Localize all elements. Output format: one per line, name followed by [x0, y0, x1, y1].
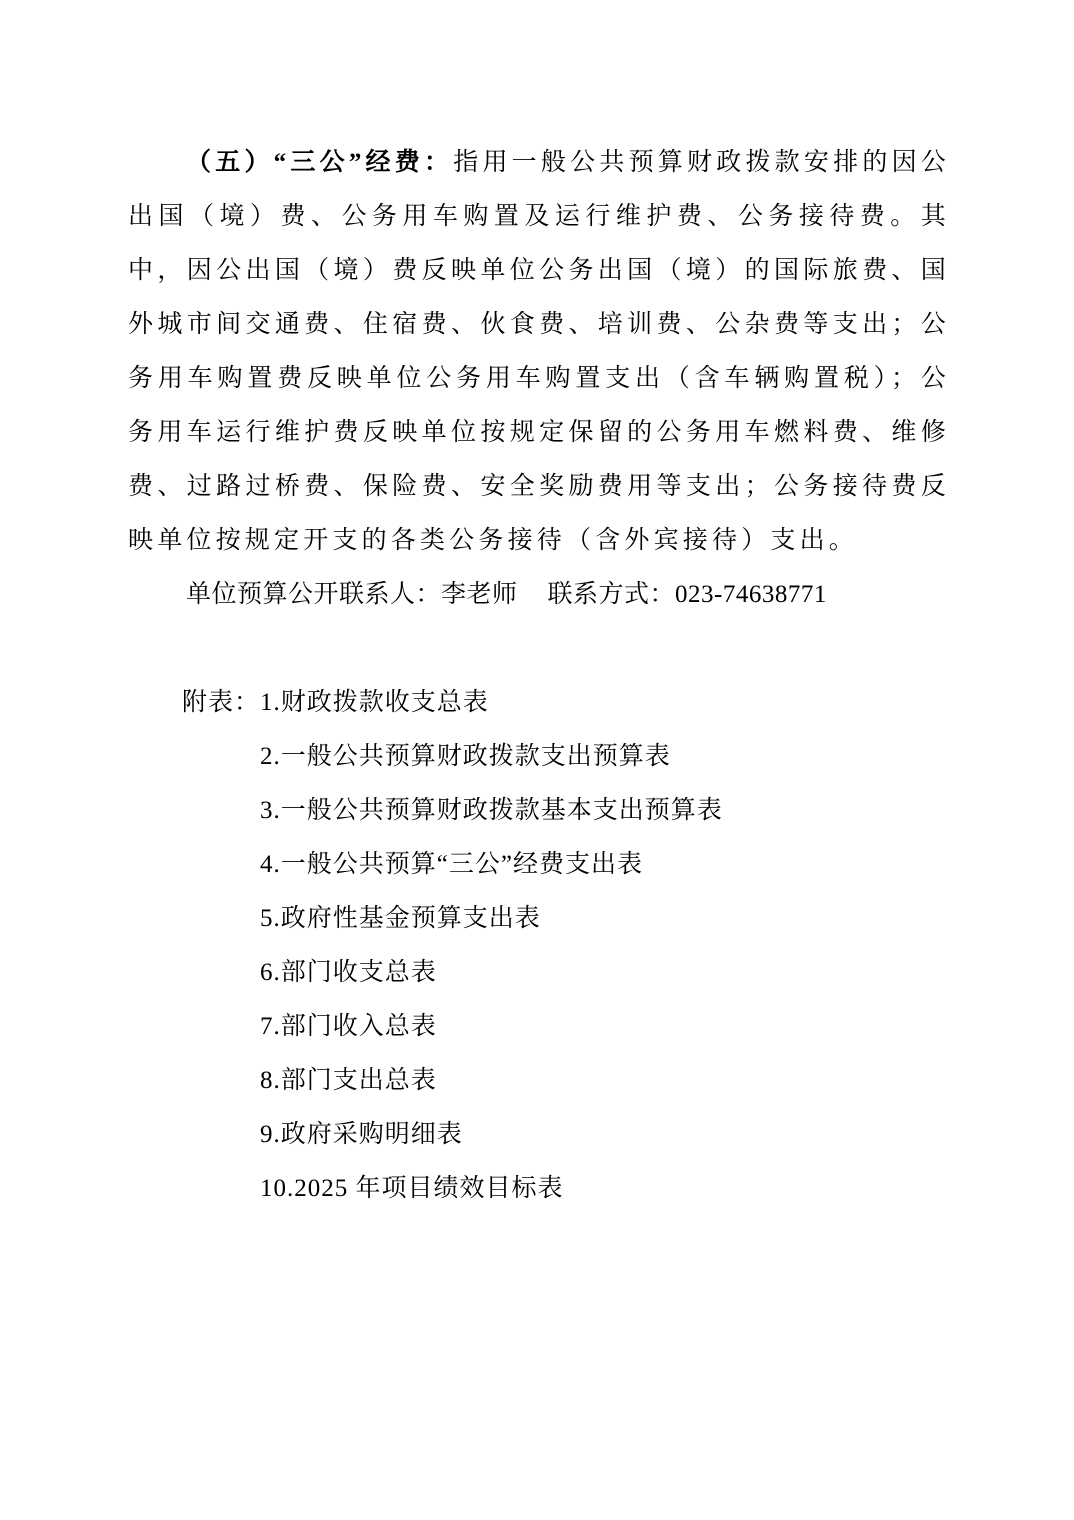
- attachment-item-6: 6.部门收支总表: [260, 946, 950, 1000]
- attachments-label: 附表：: [182, 676, 260, 730]
- attachment-item-10: 10.2025 年项目绩效目标表: [260, 1162, 950, 1216]
- paragraph-body-text: 指用一般公共预算财政拨款安排的因公出国（境）费、公务用车购置及运行维护费、公务接…: [128, 149, 950, 554]
- contact-phone-text: 联系方式：023-74638771: [548, 581, 827, 608]
- budget-contact-line: 单位预算公开联系人：李老师联系方式：023-74638771: [128, 568, 950, 622]
- attachment-item-4: 4.一般公共预算“三公”经费支出表: [260, 838, 950, 892]
- document-page: （五）“三公”经费：指用一般公共预算财政拨款安排的因公出国（境）费、公务用车购置…: [0, 0, 1074, 1520]
- attachment-item-5: 5.政府性基金预算支出表: [260, 892, 950, 946]
- paragraph-lead-bold: （五）“三公”经费：: [186, 149, 453, 176]
- sangong-funds-paragraph: （五）“三公”经费：指用一般公共预算财政拨款安排的因公出国（境）费、公务用车购置…: [128, 136, 950, 568]
- attachment-item-2: 2.一般公共预算财政拨款支出预算表: [260, 730, 950, 784]
- attachment-item-3: 3.一般公共预算财政拨款基本支出预算表: [260, 784, 950, 838]
- attachment-item-9: 9.政府采购明细表: [260, 1108, 950, 1162]
- contact-person-text: 单位预算公开联系人：李老师: [186, 581, 518, 608]
- attachments-section: 附表： 1.财政拨款收支总表 2.一般公共预算财政拨款支出预算表 3.一般公共预…: [128, 676, 950, 1216]
- attachment-item-8: 8.部门支出总表: [260, 1054, 950, 1108]
- attachment-item-7: 7.部门收入总表: [260, 1000, 950, 1054]
- attachments-list: 1.财政拨款收支总表 2.一般公共预算财政拨款支出预算表 3.一般公共预算财政拨…: [260, 676, 950, 1216]
- attachment-item-1: 1.财政拨款收支总表: [260, 676, 950, 730]
